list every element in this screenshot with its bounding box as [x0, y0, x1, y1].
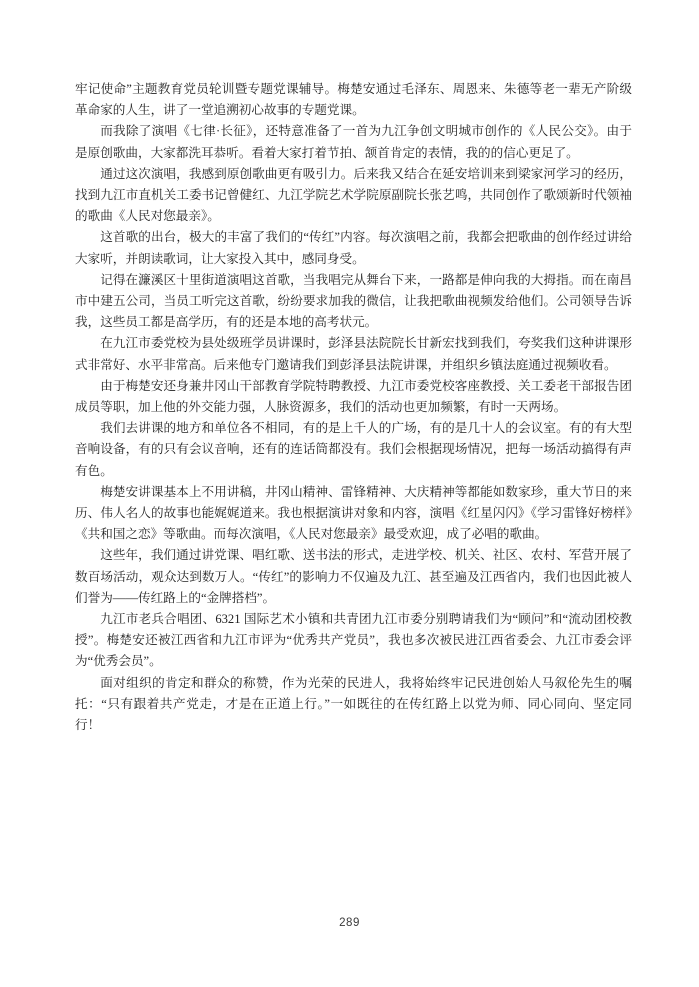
paragraph: 这些年，我们通过讲党课、唱红歌、送书法的形式，走进学校、机关、社区、农村、军营开…: [75, 545, 632, 609]
paragraph: 这首歌的出台，极大的丰富了我们的“传红”内容。每次演唱之前，我都会把歌曲的创作经…: [75, 227, 632, 269]
document-page: 牢记使命”主题教育党员轮训暨专题党课辅导。梅楚安通过毛泽东、周恩来、朱德等老一辈…: [0, 0, 699, 987]
page-number: 289: [339, 917, 360, 929]
paragraph: 面对组织的肯定和群众的称赞，作为光荣的民进人，我将始终牢记民进创始人马叙伦先生的…: [75, 673, 632, 737]
paragraph: 而我除了演唱《七律·长征》，还特意准备了一首为九江争创文明城市创作的《人民公交》…: [75, 121, 632, 163]
paragraph: 梅楚安讲课基本上不用讲稿，井冈山精神、雷锋精神、大庆精神等都能如数家珍，重大节日…: [75, 482, 632, 546]
paragraph: 记得在濂溪区十里街道演唱这首歌，当我唱完从舞台下来，一路都是伸向我的大拇指。而在…: [75, 270, 632, 334]
page-footer: 289: [0, 913, 699, 931]
body-text: 牢记使命”主题教育党员轮训暨专题党课辅导。梅楚安通过毛泽东、周恩来、朱德等老一辈…: [75, 79, 632, 736]
paragraph: 牢记使命”主题教育党员轮训暨专题党课辅导。梅楚安通过毛泽东、周恩来、朱德等老一辈…: [75, 79, 632, 121]
paragraph: 在九江市委党校为县处级班学员讲课时，彭泽县法院院长甘新宏找到我们，夸奖我们这种讲…: [75, 333, 632, 375]
paragraph: 通过这次演唱，我感到原创歌曲更有吸引力。后来我又结合在延安培训来到梁家河学习的经…: [75, 164, 632, 228]
paragraph: 由于梅楚安还身兼井冈山干部教育学院特聘教授、九江市委党校客座教授、关工委老干部报…: [75, 376, 632, 418]
paragraph: 九江市老兵合唱团、6321 国际艺术小镇和共青团九江市委分别聘请我们为“顾问”和…: [75, 609, 632, 673]
paragraph: 我们去讲课的地方和单位各不相同，有的是上千人的广场，有的是几十人的会议室。有的有…: [75, 418, 632, 482]
